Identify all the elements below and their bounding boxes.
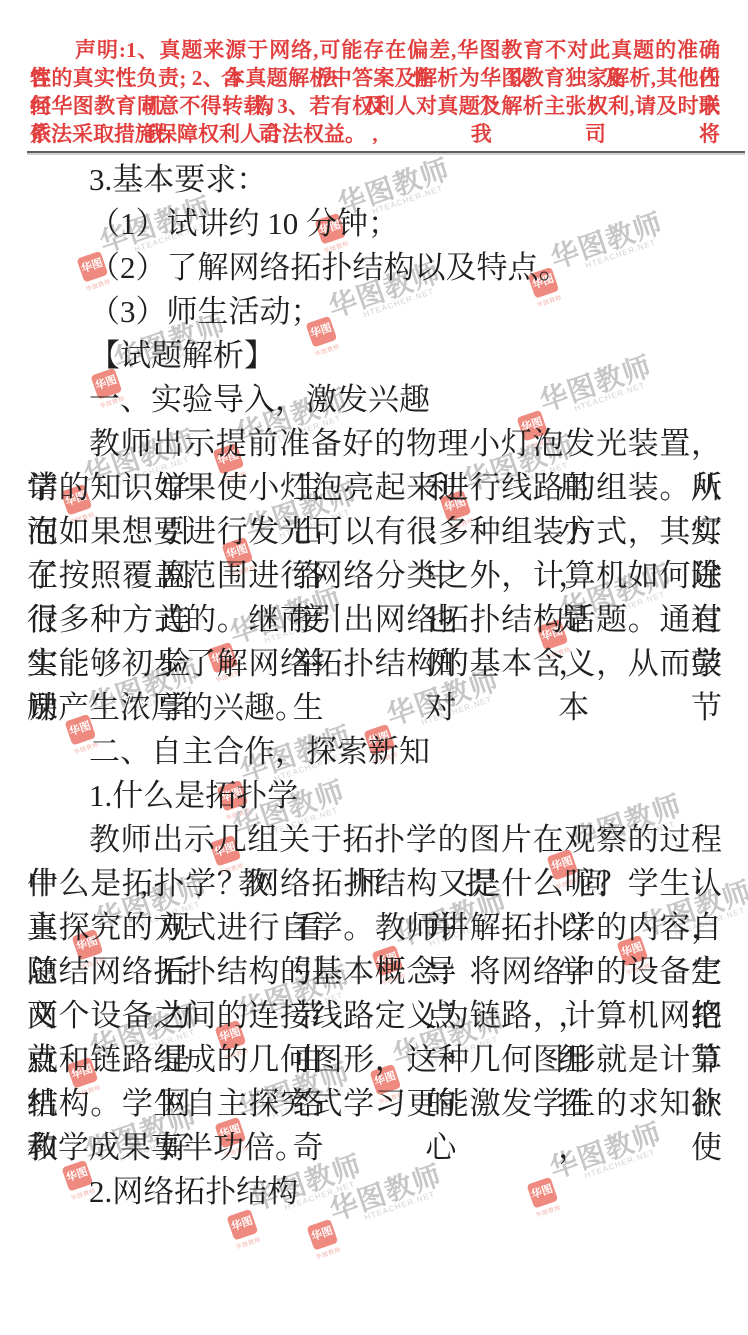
body-line: 泡如果想要进行发光可以有很多种组装方式，其实在网络中，除 [27, 510, 722, 554]
body-line: 2.网络拓扑结构 [27, 1170, 722, 1214]
document-page: 华图华图教师华图教师HTEACHER.NET华图华图教师华图教师HTEACHER… [0, 0, 748, 1335]
body-line: 什么是拓扑学？网络拓扑结构又是什么呢？学生认真观看并以自 [27, 862, 722, 906]
body-line: 3.基本要求： [27, 158, 722, 202]
body-line: 主探究的方式进行自学。教师讲解拓扑学的内容，随后引导学生 [27, 906, 722, 950]
body-line: 一、实验导入，激发兴趣 [27, 378, 722, 422]
body-line: 1.什么是拓扑学 [27, 774, 722, 818]
body-line: 【试题解析】 [27, 334, 722, 378]
body-line: 二、自主合作，探索新知 [27, 730, 722, 774]
body-line: 结构。学生自主探究式学习更能激发学生的求知欲和好奇心，使 [27, 1082, 722, 1126]
body-line: （3）师生活动； [27, 290, 722, 334]
body-line: 点和链路组成的几何图形，这种几何图形就是计算机网络的拓扑 [27, 1038, 722, 1082]
body-line: 很多种方式的。继而引出网络拓扑结构话题。通过实验举例，学 [27, 598, 722, 642]
disclaimer: 声明:1、真题来源于网络,可能存在偏差,华图教育不对此真题的准确性、合法性以及内… [30, 36, 720, 148]
body-line: 两个设备之间的连接线路定义为链路，计算机网络就是由一组节 [27, 994, 722, 1038]
body-line: （1）试讲约 10 分钟； [27, 202, 722, 246]
body-line: 了按照覆盖范围进行网络分类之外，计算机如何进行连接也是有 [27, 554, 722, 598]
header-separator-line [27, 151, 745, 153]
huatu-logo-icon: 华图 [306, 1219, 338, 1251]
body-line: 生能够初步了解网络拓扑结构的基本含义，从而鼓励学生对本节 [27, 642, 722, 686]
document-body: 3.基本要求：（1）试讲约 10 分钟；（2）了解网络拓扑结构以及特点。（3）师… [27, 158, 722, 1214]
body-line: 总结网络拓扑结构的基本概念：将网络中的设备定义为节点，把 [27, 950, 722, 994]
disclaimer-line: 经华图教育同意不得转载; 3、若有权利人对真题及解析主张权利,请及时联系我司,我… [30, 92, 720, 120]
watermark-logo-caption: 华图教师 [314, 1244, 342, 1261]
body-line: （2）了解网络拓扑结构以及特点。 [27, 246, 722, 290]
body-line: 教师出示几组关于拓扑学的图片在观察的过程中, 教师提问： [27, 818, 722, 862]
disclaimer-line: 声明:1、真题来源于网络,可能存在偏差,华图教育不对此真题的准确性、合法性以及内 [30, 36, 720, 64]
watermark-logo-caption: 华图教师 [234, 1234, 262, 1251]
disclaimer-line: 容的真实性负责; 2、本真题解析中答案及解析为华图教育独家解析,其他任何机构及个… [30, 64, 720, 92]
body-line: 教师出示提前准备好的物理小灯泡发光装置，请学生利用所 [27, 422, 722, 466]
disclaimer-label: 声明: [75, 38, 126, 62]
body-line: 学的知识如果使小灯泡亮起来进行线路的组装。从而引出：小灯 [27, 466, 722, 510]
